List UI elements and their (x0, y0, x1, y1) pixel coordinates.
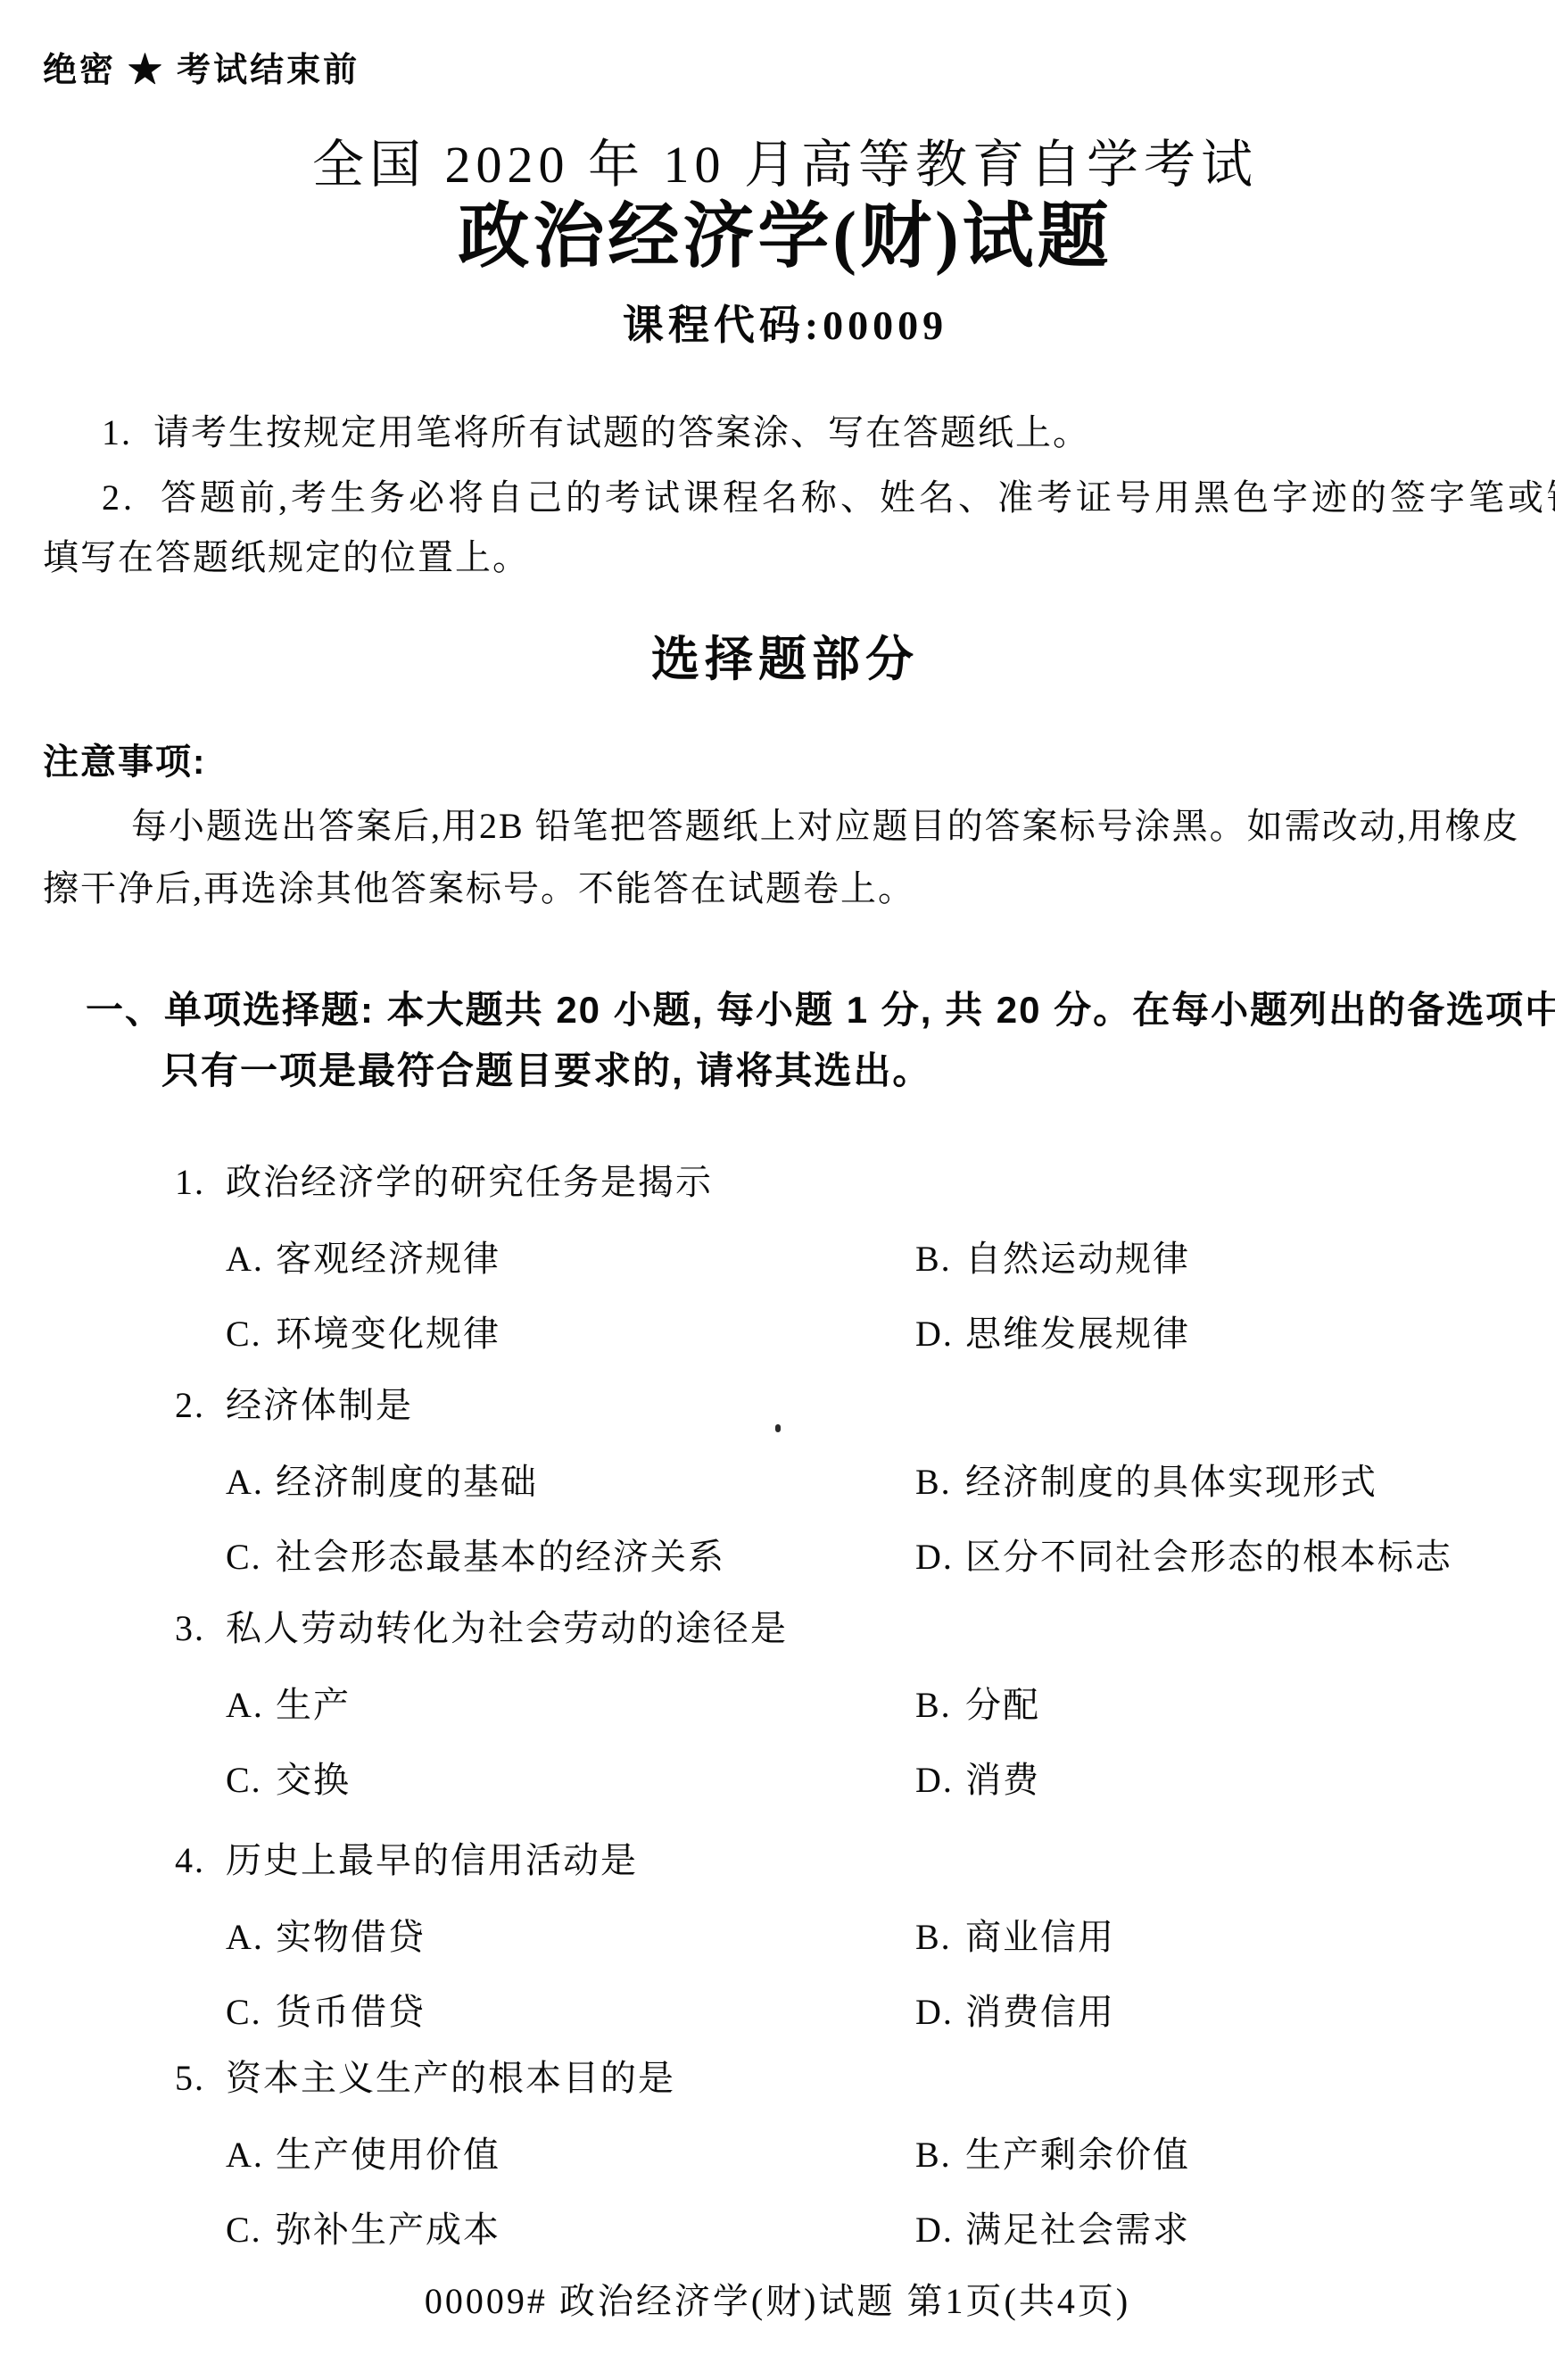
question-5-option-c: C.弥补生产成本 (161, 2169, 500, 2292)
option-letter: C. (226, 1760, 276, 1801)
option-text: 弥补生产成本 (276, 2210, 500, 2250)
exam-subtitle: 政治经济学(财)试题 (54, 196, 1517, 278)
option-text: 满足社会需求 (965, 2210, 1190, 2250)
notes-line-2: 擦干净后,再选涂其他答案标号。不能答在试题卷上。 (43, 868, 915, 909)
question-5-option-d: D.满足社会需求 (851, 2169, 1190, 2292)
option-letter: D. (915, 2210, 965, 2251)
question-text: 政治经济学的研究任务是揭示 (226, 1162, 713, 1202)
question-2: 2.经济体制是 A.经济制度的基础 B.经济制度的具体实现形式 C.社会形态最基… (0, 1344, 1555, 1549)
question-text: 历史上最早的信用活动是 (226, 1840, 638, 1880)
exam-title: 全国 2020 年 10 月高等教育自学考试 (54, 136, 1517, 195)
question-4: 4.历史上最早的信用活动是 A.实物借贷 B.商业信用 C.货币借贷 D.消费信… (0, 1799, 1555, 2004)
choice-section-heading: 选择题部分 (54, 632, 1517, 687)
notes-label: 注意事项: (43, 742, 206, 783)
page-footer: 00009# 政治经济学(财)试题 第1页(共4页) (0, 2281, 1555, 2322)
notes-line-1: 每小题选出答案后,用2B 铅笔把答题纸上对应题目的答案标号涂黑。如需改动,用橡皮 (131, 806, 1520, 847)
option-text: 交换 (276, 1760, 351, 1800)
instruction-line-3: 填写在答题纸规定的位置上。 (43, 537, 530, 578)
option-letter: C. (226, 2210, 276, 2251)
single-choice-heading-line-1: 一、单项选择题: 本大题共 20 小题, 每小题 1 分, 共 20 分。在每小… (86, 989, 1555, 1032)
question-text: 私人劳动转化为社会劳动的途径是 (226, 1608, 788, 1648)
question-text: 资本主义生产的根本目的是 (226, 2058, 675, 2098)
secrecy-notice: 绝密 ★ 考试结束前 (43, 52, 360, 91)
single-choice-heading-line-2: 只有一项是最符合题目要求的, 请将其选出。 (161, 1049, 931, 1092)
question-1: 1.政治经济学的研究任务是揭示 A.客观经济规律 B.自然运动规律 C.环境变化… (0, 1121, 1555, 1326)
instruction-line-2: 2. 答题前,考生务必将自己的考试课程名称、姓名、准考证号用黑色字迹的签字笔或钢… (102, 477, 1555, 518)
question-5: 5.资本主义生产的根本目的是 A.生产使用价值 B.生产剩余价值 C.弥补生产成… (0, 2017, 1555, 2222)
instruction-line-1: 1. 请考生按规定用笔将所有试题的答案涂、写在答题纸上。 (102, 412, 1090, 453)
option-text: 消费 (965, 1760, 1040, 1800)
question-3: 3.私人劳动转化为社会劳动的途径是 A.生产 B.分配 C.交换 D.消费 (0, 1567, 1555, 1772)
course-code: 课程代码:00009 (54, 303, 1517, 350)
option-letter: D. (915, 1760, 965, 1801)
question-text: 经济体制是 (226, 1385, 413, 1425)
ink-speck (775, 1424, 781, 1432)
exam-page: 绝密 ★ 考试结束前 全国 2020 年 10 月高等教育自学考试 政治经济学(… (0, 0, 1555, 2380)
